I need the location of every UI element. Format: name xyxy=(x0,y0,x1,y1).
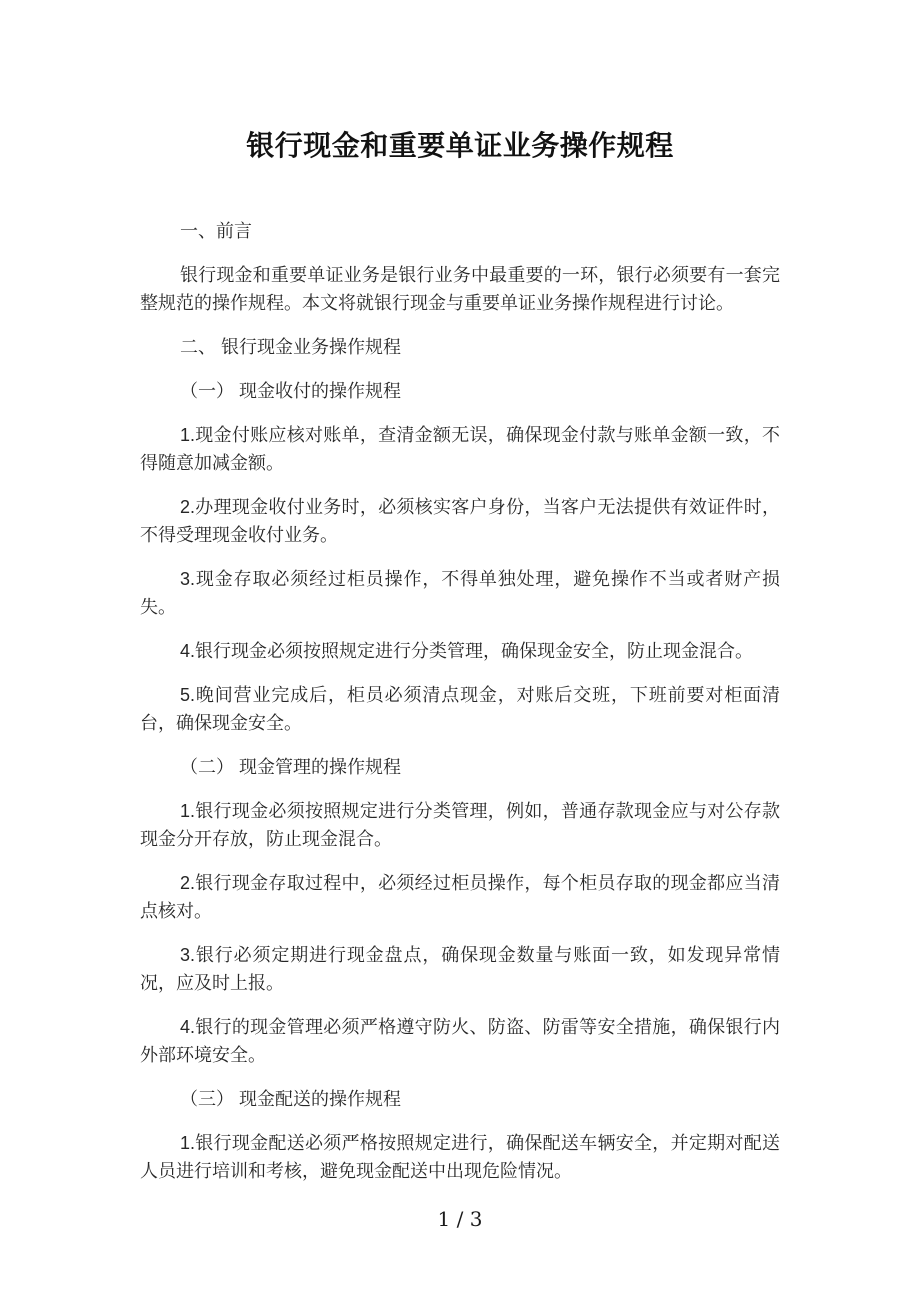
paragraph: 2.银行现金存取过程中，必须经过柜员操作，每个柜员存取的现金都应当清点核对。 xyxy=(140,869,780,925)
paragraph: 1.银行现金必须按照规定进行分类管理，例如，普通存款现金应与对公存款现金分开存放… xyxy=(140,797,780,853)
paragraph: 3.银行必须定期进行现金盘点，确保现金数量与账面一致，如发现异常情况，应及时上报… xyxy=(140,941,780,997)
paragraph: 5.晚间营业完成后，柜员必须清点现金，对账后交班，下班前要对柜面清台，确保现金安… xyxy=(140,681,780,737)
paragraph: 一、前言 xyxy=(140,217,780,245)
paragraph: （二） 现金管理的操作规程 xyxy=(140,753,780,781)
paragraph: 3.现金存取必须经过柜员操作，不得单独处理，避免操作不当或者财产损失。 xyxy=(140,565,780,621)
paragraph: 二、 银行现金业务操作规程 xyxy=(140,333,780,361)
paragraph: 1.银行现金配送必须严格按照规定进行，确保配送车辆安全，并定期对配送人员进行培训… xyxy=(140,1129,780,1185)
paragraph: 银行现金和重要单证业务是银行业务中最重要的一环，银行必须要有一套完整规范的操作规… xyxy=(140,261,780,317)
paragraph: （一） 现金收付的操作规程 xyxy=(140,377,780,405)
paragraph: 4.银行的现金管理必须严格遵守防火、防盗、防雷等安全措施，确保银行内外部环境安全… xyxy=(140,1013,780,1069)
document-body: 一、前言银行现金和重要单证业务是银行业务中最重要的一环，银行必须要有一套完整规范… xyxy=(140,217,780,1185)
paragraph: 4.银行现金必须按照规定进行分类管理，确保现金安全，防止现金混合。 xyxy=(140,637,780,665)
page-number: 1 / 3 xyxy=(0,1206,920,1232)
paragraph: （三） 现金配送的操作规程 xyxy=(140,1085,780,1113)
document-page: 银行现金和重要单证业务操作规程 一、前言银行现金和重要单证业务是银行业务中最重要… xyxy=(0,0,920,1302)
document-title: 银行现金和重要单证业务操作规程 xyxy=(0,0,920,162)
paragraph: 2.办理现金收付业务时，必须核实客户身份，当客户无法提供有效证件时，不得受理现金… xyxy=(140,493,780,549)
paragraph: 1.现金付账应核对账单，查清金额无误，确保现金付款与账单金额一致，不得随意加减金… xyxy=(140,421,780,477)
